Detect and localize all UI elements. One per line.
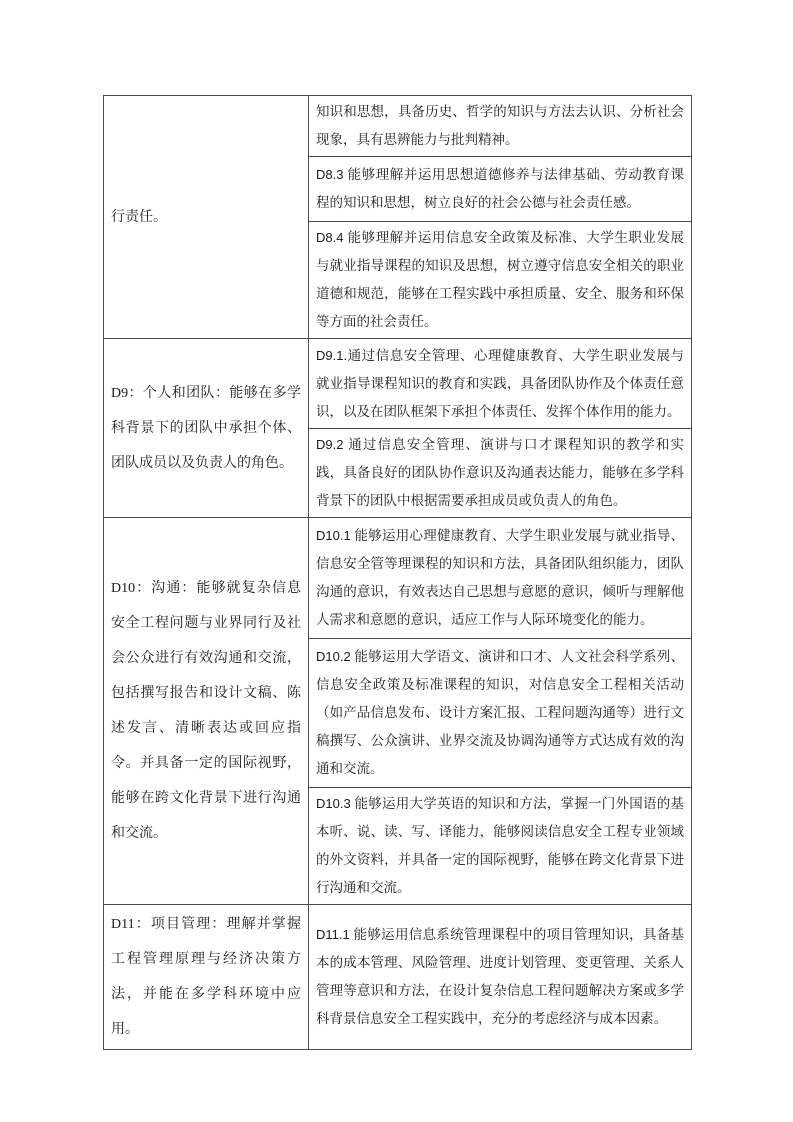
indicator-cell-d8-4: D8.4 能够理解并运用信息安全政策及标准、大学生职业发展与就业指导课程的知识及… <box>309 222 692 339</box>
indicator-text: 能够运用大学英语的知识和方法，掌握一门外国语的基本听、说、读、写、译能力，能够阅… <box>316 796 684 895</box>
indicator-cell-d10-2: D10.2 能够运用大学语文、演讲和口才、人文社会科学系列、信息安全政策及标准课… <box>309 639 692 788</box>
indicator-code: D9.1. <box>316 348 347 363</box>
requirement-cell-d10: D10：沟通：能够就复杂信息安全工程问题与业界同行及社会公众进行有效沟通和交流，… <box>104 518 309 905</box>
indicator-text: 知识和思想，具备历史、哲学的知识与方法去认识、分析社会现象，具有思辨能力与批判精… <box>316 104 684 147</box>
graduation-requirements-table: 行责任。 知识和思想，具备历史、哲学的知识与方法去认识、分析社会现象，具有思辨能… <box>103 95 692 1050</box>
table-row: D11：项目管理：理解并掌握工程管理原理与经济决策方法，并能在多学科环境中应用。… <box>104 905 692 1050</box>
indicator-text: 能够运用信息系统管理课程中的项目管理知识，具备基本的成本管理、风险管理、进度计划… <box>316 927 684 1026</box>
indicator-code: D8.3 <box>316 167 348 182</box>
indicator-text: 通过信息安全管理、心理健康教育、大学生职业发展与就业指导课程知识的教育和实践，具… <box>316 348 684 419</box>
indicator-code: D10.1 <box>316 528 355 543</box>
table-row: 行责任。 知识和思想，具备历史、哲学的知识与方法去认识、分析社会现象，具有思辨能… <box>104 96 692 157</box>
indicator-code: D11.1 <box>316 927 354 942</box>
table-row: D9：个人和团队：能够在多学科背景下的团队中承担个体、团队成员以及负责人的角色。… <box>104 339 692 429</box>
document-page: 行责任。 知识和思想，具备历史、哲学的知识与方法去认识、分析社会现象，具有思辨能… <box>0 0 793 1122</box>
indicator-code: D10.2 <box>316 649 355 664</box>
indicator-cell-d8-2-cont: 知识和思想，具备历史、哲学的知识与方法去认识、分析社会现象，具有思辨能力与批判精… <box>309 96 692 157</box>
indicator-code: D9.2 <box>316 437 348 452</box>
indicator-code: D8.4 <box>316 230 348 245</box>
indicator-cell-d10-1: D10.1 能够运用心理健康教育、大学生职业发展与就业指导、信息安全管等理课程的… <box>309 518 692 639</box>
indicator-text: 能够运用大学语文、演讲和口才、人文社会科学系列、信息安全政策及标准课程的知识，对… <box>316 649 684 776</box>
requirement-cell-d11: D11：项目管理：理解并掌握工程管理原理与经济决策方法，并能在多学科环境中应用。 <box>104 905 309 1050</box>
table-row: D10：沟通：能够就复杂信息安全工程问题与业界同行及社会公众进行有效沟通和交流，… <box>104 518 692 639</box>
requirement-cell-carryover: 行责任。 <box>104 96 309 339</box>
requirement-cell-d9: D9：个人和团队：能够在多学科背景下的团队中承担个体、团队成员以及负责人的角色。 <box>104 339 309 518</box>
indicator-cell-d10-3: D10.3 能够运用大学英语的知识和方法，掌握一门外国语的基本听、说、读、写、译… <box>309 788 692 905</box>
indicator-cell-d9-1: D9.1.通过信息安全管理、心理健康教育、大学生职业发展与就业指导课程知识的教育… <box>309 339 692 429</box>
indicator-cell-d11-1: D11.1 能够运用信息系统管理课程中的项目管理知识，具备基本的成本管理、风险管… <box>309 905 692 1050</box>
indicator-text: 能够理解并运用信息安全政策及标准、大学生职业发展与就业指导课程的知识及思想，树立… <box>316 230 684 329</box>
indicator-text: 能够运用心理健康教育、大学生职业发展与就业指导、信息安全管等理课程的知识和方法，… <box>316 528 684 627</box>
indicator-cell-d8-3: D8.3 能够理解并运用思想道德修养与法律基础、劳动教育课程的知识和思想，树立良… <box>309 157 692 222</box>
indicator-text: 能够理解并运用思想道德修养与法律基础、劳动教育课程的知识和思想，树立良好的社会公… <box>316 167 684 210</box>
indicator-text: 通过信息安全管理、演讲与口才课程知识的教学和实践，具备良好的团队协作意识及沟通表… <box>316 437 684 508</box>
indicator-code: D10.3 <box>316 796 355 811</box>
indicator-cell-d9-2: D9.2 通过信息安全管理、演讲与口才课程知识的教学和实践，具备良好的团队协作意… <box>309 429 692 518</box>
